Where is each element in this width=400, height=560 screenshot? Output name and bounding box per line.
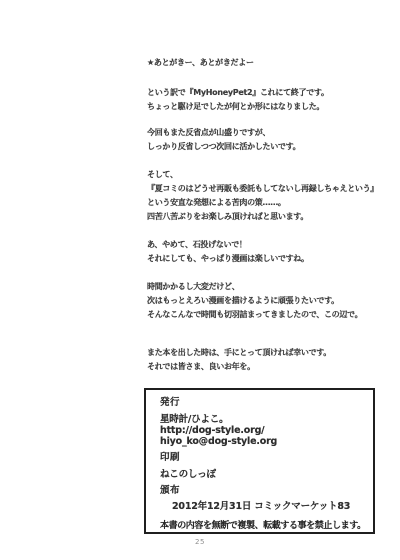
afterword-paragraph: 時間かかるし大変だけど、 次はもっとえろい漫画を描けるように頑張りたいです。 そ… xyxy=(147,280,387,322)
afterword-line: 『夏コミのはどうせ再販も委託もしてないし再録しちゃえという』 xyxy=(147,182,387,196)
distribution-event: 2012年12月31日 コミックマーケット83 xyxy=(172,502,368,512)
publisher-name: 星時計/ひよこ。 xyxy=(160,414,368,425)
afterword-paragraph: あ、やめて、石投げないで！ それにしても、やっぱり漫画は楽しいですね。 xyxy=(147,238,387,266)
afterword-paragraph: そして、 『夏コミのはどうせ再販も委託もしてないし再録しちゃえという』 という安… xyxy=(147,168,387,224)
afterword-line: という訳で『MyHoneyPet2』これにて終了です。 xyxy=(147,86,387,100)
publisher-info: 星時計/ひよこ。 http://dog-style.org/ hiyo_ko@d… xyxy=(160,414,368,447)
copyright-notice: 本書の内容を無断で複製、転載する事を禁止します。 xyxy=(160,521,368,531)
afterword-line: 四苦八苦ぶりをお楽しみ頂ければと思います。 xyxy=(147,210,387,224)
afterword-line: ちょっと駆け足でしたが何とか形にはなりました。 xyxy=(147,100,387,114)
afterword-paragraph: という訳で『MyHoneyPet2』これにて終了です。 ちょっと駆け足でしたが何… xyxy=(147,86,387,114)
afterword-line: それにしても、やっぱり漫画は楽しいですね。 xyxy=(147,252,387,266)
distribution-label: 頒布 xyxy=(160,486,368,496)
afterword-line: そして、 xyxy=(147,168,387,182)
afterword-paragraph: ★あとがきー、あとがきだよー xyxy=(147,56,387,70)
afterword-line: しっかり反省しつつ次回に活かしたいです。 xyxy=(147,140,387,154)
page-number: 25 xyxy=(0,538,400,546)
afterword-line: そんなこんなで時間も切羽詰まってきましたので、この辺で。 xyxy=(147,308,387,322)
afterword-line: あ、やめて、石投げないで！ xyxy=(147,238,387,252)
publisher-email: hiyo_ko@dog-style.org xyxy=(160,436,368,447)
afterword-line: 今回もまた反省点が山盛りですが、 xyxy=(147,126,387,140)
afterword-paragraph: 今回もまた反省点が山盛りですが、 しっかり反省しつつ次回に活かしたいです。 xyxy=(147,126,387,154)
afterword-text-block: ★あとがきー、あとがきだよー という訳で『MyHoneyPet2』これにて終了で… xyxy=(147,56,387,388)
afterword-line: また本を出した時は、手にとって頂ければ幸いです。 xyxy=(147,346,387,360)
doujinshi-afterword-page: { "page": { "page_number": "25" }, "afte… xyxy=(0,0,400,560)
printer-name: ねこのしっぽ xyxy=(160,469,368,480)
printer-label: 印刷 xyxy=(160,453,368,463)
publisher-label: 発行 xyxy=(160,398,368,408)
afterword-line: ★あとがきー、あとがきだよー xyxy=(147,56,387,70)
afterword-line: という安直な発想による苦肉の策……。 xyxy=(147,196,387,210)
colophon-box: 発行 星時計/ひよこ。 http://dog-style.org/ hiyo_k… xyxy=(144,388,375,534)
afterword-line: 時間かかるし大変だけど、 xyxy=(147,280,387,294)
publisher-url: http://dog-style.org/ xyxy=(160,425,368,436)
afterword-line: それでは皆さま、良いお年を。 xyxy=(147,360,387,374)
afterword-line: 次はもっとえろい漫画を描けるように頑張りたいです。 xyxy=(147,294,387,308)
afterword-paragraph: また本を出した時は、手にとって頂ければ幸いです。 それでは皆さま、良いお年を。 xyxy=(147,346,387,374)
